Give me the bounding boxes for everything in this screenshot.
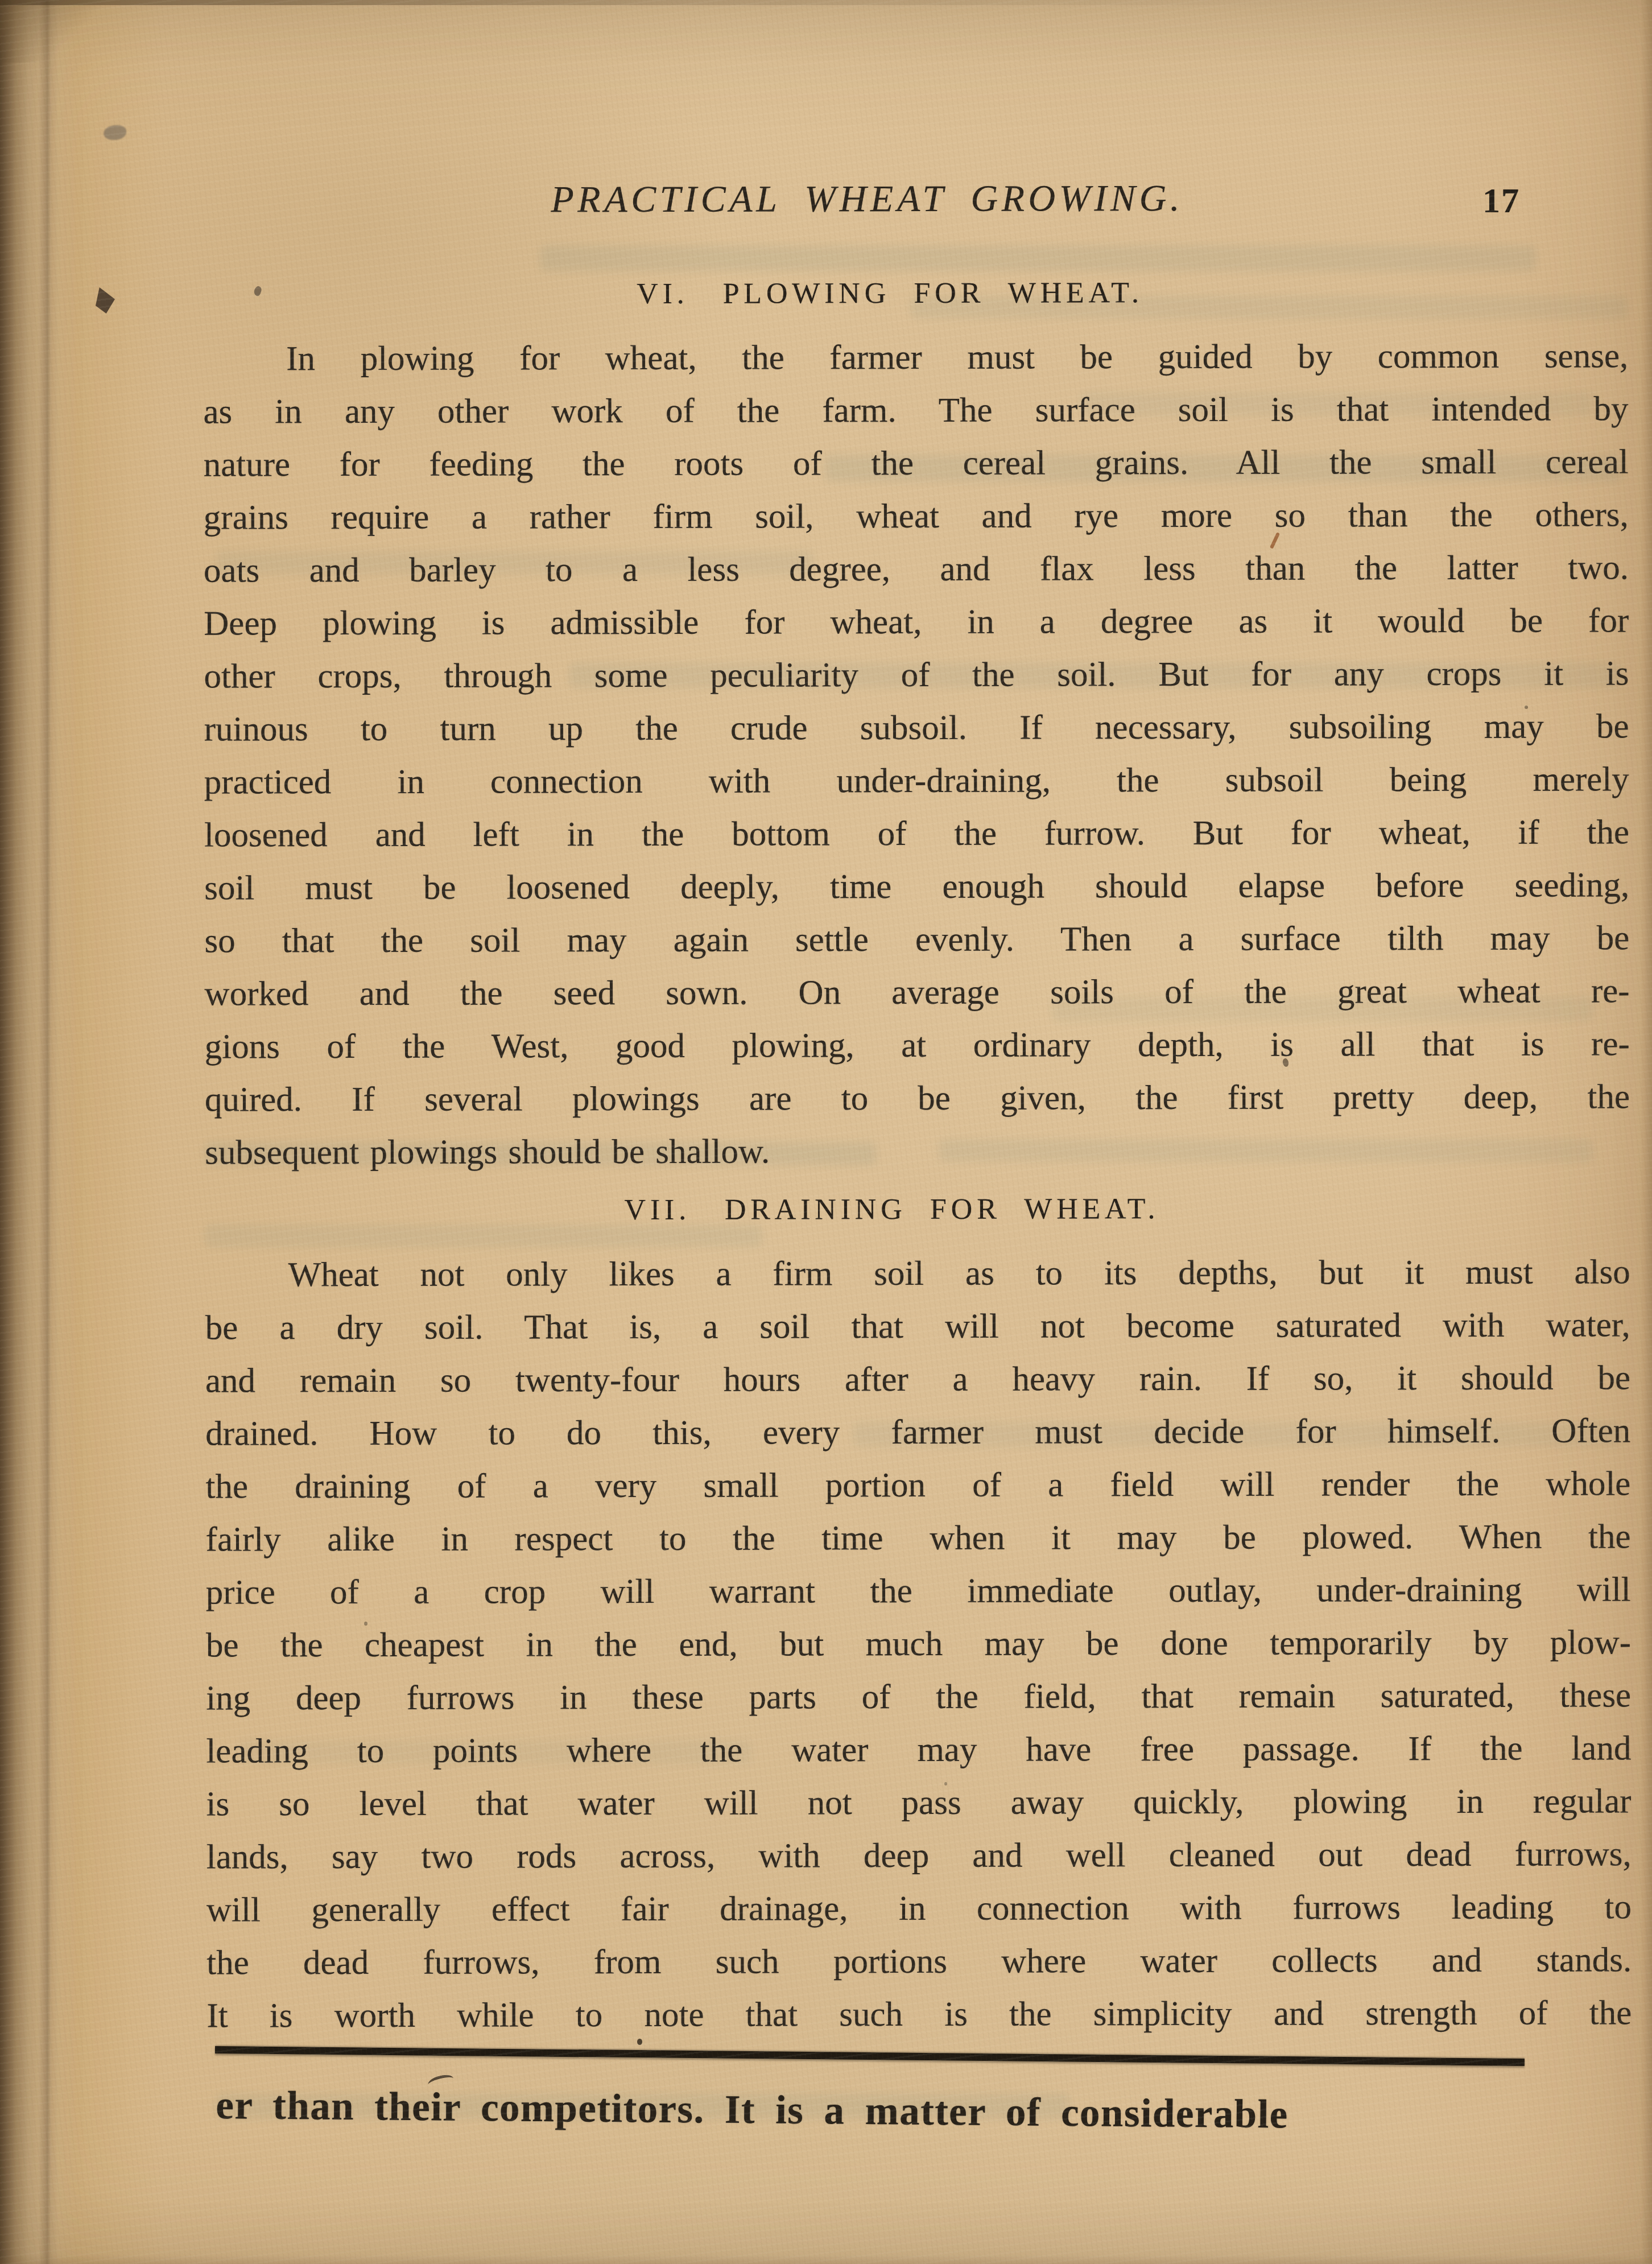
section-number: VII. bbox=[625, 1194, 691, 1226]
text-line: Deep plowing is admissible for wheat, in… bbox=[204, 594, 1629, 650]
text-line: the draining of a very small portion of … bbox=[205, 1457, 1630, 1513]
section-title: PLOWING FOR WHEAT. bbox=[723, 277, 1143, 310]
text-line: grains require a rather firm soil, wheat… bbox=[204, 488, 1629, 544]
ink-blot bbox=[96, 287, 115, 314]
text-line: will generally effect fair drainage, in … bbox=[206, 1881, 1632, 1936]
text-line: gions of the West, good plowing, at ordi… bbox=[205, 1017, 1630, 1073]
text-line: soil must be loosened deeply, time enoug… bbox=[204, 859, 1629, 914]
text-line: quired. If several plowings are to be gi… bbox=[205, 1070, 1630, 1126]
paragraph-plowing: In plowing for wheat, the farmer must be… bbox=[203, 329, 1630, 1179]
book-spine-shadow bbox=[0, 0, 77, 2264]
text-line: worked and the seed sown. On average soi… bbox=[204, 964, 1629, 1020]
scanned-book-page: PRACTICAL WHEAT GROWING. VI.PLOWING FOR … bbox=[0, 0, 1652, 2264]
text-line: as in any other work of the farm. The su… bbox=[203, 382, 1628, 438]
text-line: lands, say two rods across, with deep an… bbox=[206, 1828, 1632, 1883]
text-line: In plowing for wheat, the farmer must be… bbox=[203, 329, 1628, 385]
text-line: practiced in connection with under-drain… bbox=[204, 753, 1629, 809]
corner-fold-shadow bbox=[0, 0, 114, 63]
text-line: Wheat not only likes a firm soil as to i… bbox=[205, 1246, 1630, 1301]
text-line: is so level that water will not pass awa… bbox=[206, 1775, 1631, 1830]
text-line: so that the soil may again settle evenly… bbox=[204, 912, 1629, 967]
text-line: leading to points where the water may ha… bbox=[206, 1722, 1631, 1778]
text-line: subsequent plowings should be shallow. bbox=[205, 1123, 1630, 1179]
page-crease bbox=[39, 0, 58, 2264]
text-line: It is worth while to note that such is t… bbox=[206, 1986, 1632, 2042]
paragraph-draining: Wheat not only likes a firm soil as to i… bbox=[205, 1246, 1632, 2042]
text-line: ruinous to turn up the crude subsoil. If… bbox=[204, 700, 1629, 756]
text-column: PRACTICAL WHEAT GROWING. VI.PLOWING FOR … bbox=[203, 175, 1632, 2042]
scan-top-edge bbox=[0, 0, 1652, 5]
text-line: fairly alike in respect to the time when… bbox=[205, 1510, 1630, 1566]
text-line: and remain so twenty-four hours after a … bbox=[205, 1351, 1630, 1407]
footer-text-fragment: er than their competitors. It is a matte… bbox=[216, 2076, 1542, 2147]
page-number: 17 bbox=[1482, 181, 1520, 221]
text-line: ing deep furrows in these parts of the f… bbox=[206, 1669, 1631, 1725]
text-line: oats and barley to a less degree, and fl… bbox=[204, 541, 1629, 597]
footer-rule bbox=[215, 2046, 1525, 2066]
text-line: price of a crop will warrant the immedia… bbox=[206, 1563, 1631, 1619]
section-heading-draining: VII.DRAINING FOR WHEAT. bbox=[205, 1190, 1630, 1228]
text-line: the dead furrows, from such portions whe… bbox=[206, 1933, 1632, 1989]
section-heading-plowing: VI.PLOWING FOR WHEAT. bbox=[203, 274, 1628, 312]
text-line: be a dry soil. That is, a soil that will… bbox=[205, 1298, 1630, 1354]
scan-bottom-edge bbox=[0, 2255, 1652, 2264]
text-line: loosened and left in the bottom of the f… bbox=[204, 806, 1629, 861]
text-line: nature for feeding the roots of the cere… bbox=[204, 435, 1629, 491]
section-number: VI. bbox=[637, 278, 688, 310]
ink-blot bbox=[104, 125, 126, 140]
text-line: drained. How to do this, every farmer mu… bbox=[205, 1404, 1630, 1460]
scan-right-edge bbox=[1641, 0, 1652, 2264]
running-head: PRACTICAL WHEAT GROWING. bbox=[203, 175, 1628, 223]
text-line: other crops, through some peculiarity of… bbox=[204, 647, 1629, 703]
section-title: DRAINING FOR WHEAT. bbox=[725, 1193, 1159, 1226]
text-line: be the cheapest in the end, but much may… bbox=[206, 1616, 1631, 1672]
